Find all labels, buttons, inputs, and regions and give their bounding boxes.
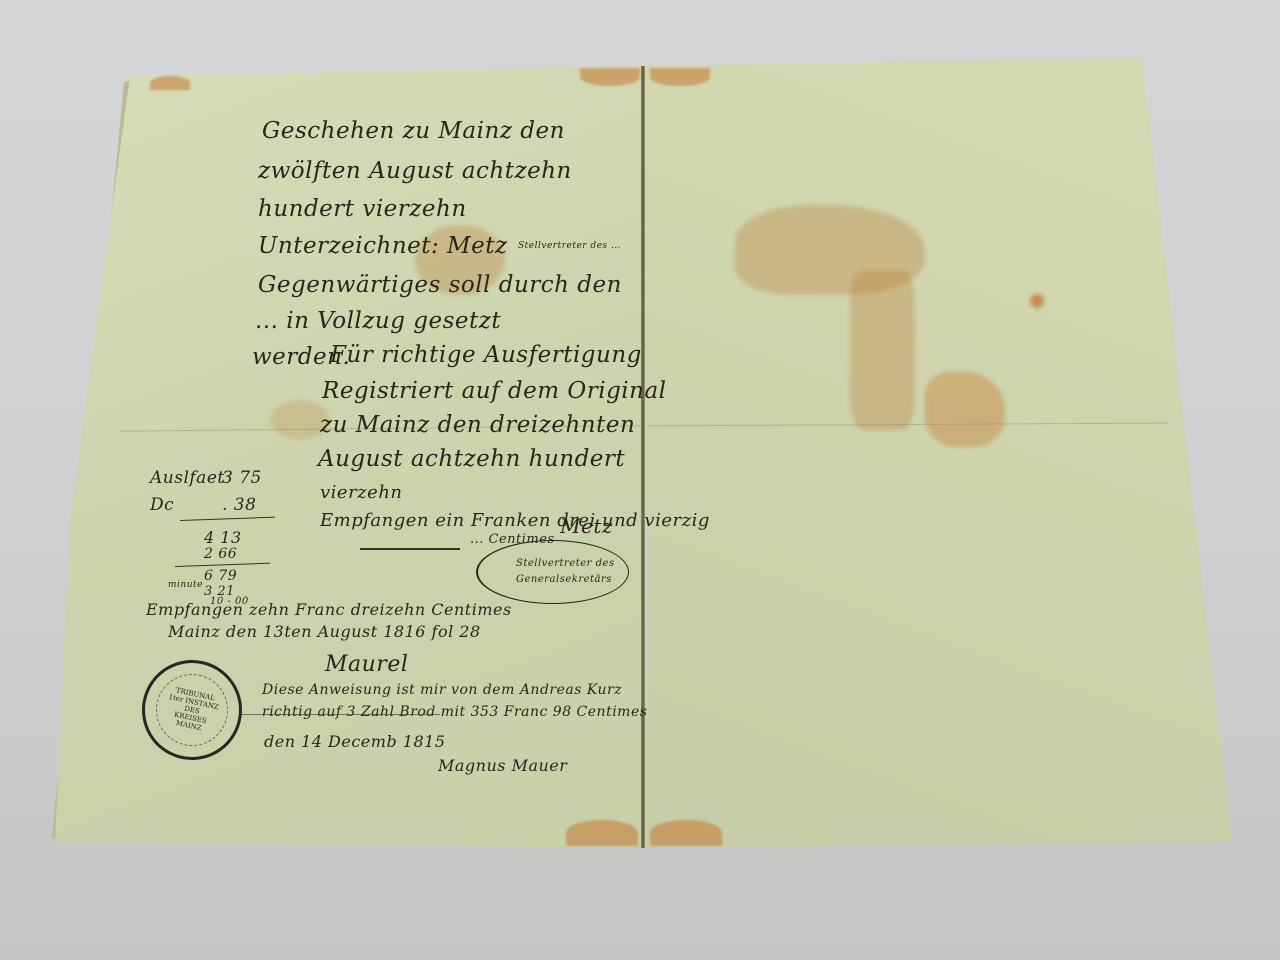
calc-label: minute [168,580,203,590]
certification-line: zu Mainz den dreizehnten [320,412,635,438]
signature-box-line: Stellvertreter des [516,558,615,569]
document-photo: Geschehen zu Mainz den zwölften August a… [0,0,1280,960]
underline-stroke [360,548,460,550]
calc-value: 2 66 [204,546,237,562]
edge-stain [650,820,722,846]
registry-line: Mainz den 13ten August 1816 fol 28 [168,622,481,641]
text-line: Unterzeichnet: Metz [258,233,508,259]
annotation-small: Stellvertreter des ... [518,241,621,251]
calc-label: Dc [150,495,174,515]
text-line: zwölften August achtzehn [258,158,572,184]
signature-initials: Metz [560,514,613,538]
text-line: Gegenwärtiges soll durch den [258,272,622,298]
text-line: Geschehen zu Mainz den [262,118,565,144]
ink-spot [1030,294,1044,308]
calc-label: Auslfaet [150,468,225,488]
strike-line [240,714,440,715]
text-line: ... in Vollzug gesetzt [255,308,501,334]
certification-line: Für richtige Ausfertigung [330,342,642,368]
seal-center: TRIBUNAL 1ter INSTANZ DES KREISES MAINZ [149,667,234,752]
certification-line: August achtzehn hundert [318,446,625,472]
received-line: Empfangen ein Franken drei und vierzig [320,510,710,531]
closing-signature: Magnus Mauer [438,756,567,775]
closing-note-line: den 14 Decemb 1815 [264,732,446,751]
certification-line: vierzehn [320,482,403,503]
water-stain-right [850,270,915,430]
calc-value: . 38 [222,495,256,515]
calc-value: 4 13 [204,528,242,547]
signature-box-line: Generalsekretärs [516,574,612,585]
calc-value: 6 79 [204,568,237,584]
edge-stain [650,68,710,86]
closing-note-line: Diese Anweisung ist mir von dem Andreas … [262,682,622,698]
edge-stain [566,820,638,846]
book-spine [641,66,645,848]
edge-stain [580,68,640,86]
certification-line: Registriert auf dem Original [322,378,667,404]
edge-stain [150,76,190,90]
closing-note-line: richtig auf 3 Zahl Brod mit 353 Franc 98… [262,704,647,720]
receipt-note: Empfangen zehn Franc dreizehn Centimes [146,600,512,619]
water-stain-right [925,372,1005,447]
text-line: hundert vierzehn [258,196,467,222]
calc-value: 3 75 [222,468,262,488]
registry-signature: Maurel [325,652,408,677]
signature-flourish [476,540,629,604]
